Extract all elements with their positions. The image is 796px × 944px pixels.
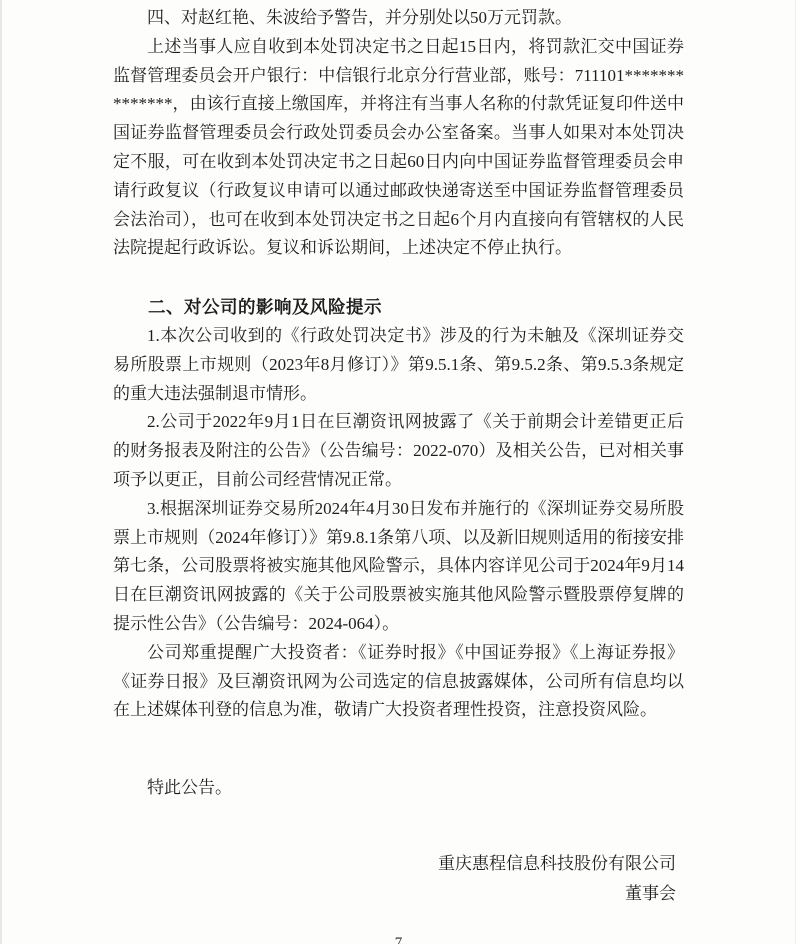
signature-block: 重庆惠程信息科技股份有限公司 董事会 — [113, 849, 684, 909]
announcement-body: 四、对赵红艳、朱波给予警告，并分别处以50万元罚款。 上述当事人应自收到本处罚决… — [113, 4, 684, 909]
signature-company: 重庆惠程信息科技股份有限公司 — [113, 849, 676, 879]
signature-signer: 董事会 — [113, 879, 676, 909]
section-heading-impact-and-risk: 二、对公司的影响及风险提示 — [113, 293, 684, 322]
closing-statement: 特此公告。 — [113, 774, 684, 803]
paragraph-payment-and-appeal: 上述当事人应自收到本处罚决定书之日起15日内，将罚款汇交中国证券监督管理委员会开… — [113, 33, 684, 263]
paragraph-risk-item-3: 3.根据深圳证券交易所2024年4月30日发布并施行的《深圳证券交易所股票上市规… — [113, 495, 684, 639]
paragraph-risk-item-2: 2.公司于2022年9月1日在巨潮资讯网披露了《关于前期会计差错更正后的财务报表… — [113, 408, 684, 494]
paragraph-penalty-item-four: 四、对赵红艳、朱波给予警告，并分别处以50万元罚款。 — [113, 4, 684, 33]
page-number: 7 — [2, 935, 795, 944]
paragraph-investor-reminder: 公司郑重提醒广大投资者：《证券时报》《中国证券报》《上海证券报》《证券日报》及巨… — [113, 639, 684, 725]
document-page: 四、对赵红艳、朱波给予警告，并分别处以50万元罚款。 上述当事人应自收到本处罚决… — [0, 0, 796, 944]
paragraph-risk-item-1: 1.本次公司收到的《行政处罚决定书》涉及的行为未触及《深圳证券交易所股票上市规则… — [113, 322, 684, 408]
